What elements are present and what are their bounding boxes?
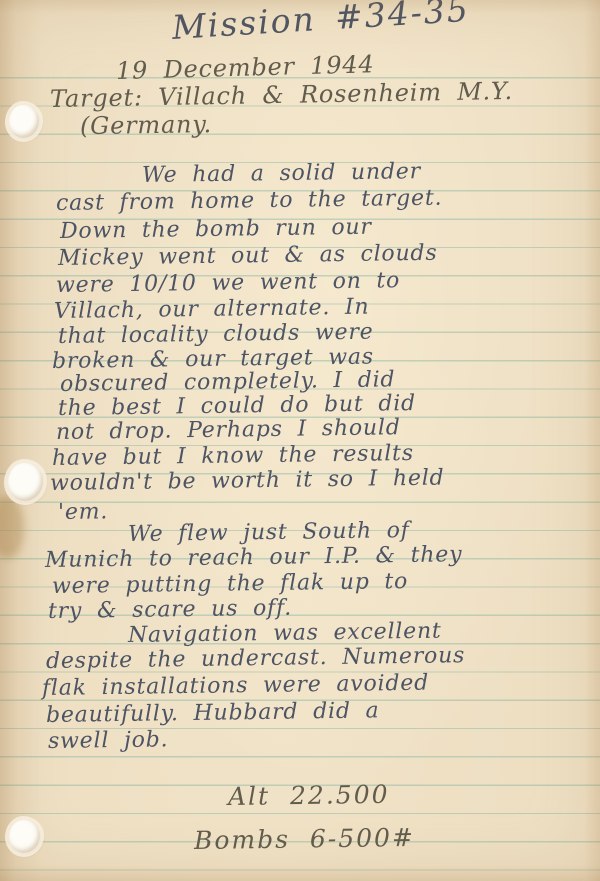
bombs-line: Bombs 6-500# bbox=[194, 823, 415, 855]
handwritten-line: 'em. bbox=[58, 499, 108, 525]
mission-title: Mission #34-35 bbox=[171, 0, 471, 47]
handwritten-line: not drop. Perhaps I should bbox=[56, 415, 401, 445]
handwritten-line: swell job. bbox=[48, 727, 169, 754]
handwritten-line: were 10/10 we went on to bbox=[56, 268, 400, 298]
handwritten-line: We had a solid under bbox=[142, 159, 421, 188]
handwritten-line: were putting the flak up to bbox=[52, 569, 408, 599]
handwritten-line: beautifully. Hubbard did a bbox=[46, 698, 380, 728]
altitude-line: Alt 22.500 bbox=[228, 780, 390, 811]
notebook-page: Mission #34-35 19 December 1944 Target: … bbox=[0, 0, 600, 881]
handwritten-line: try & scare us off. bbox=[48, 596, 292, 624]
handwritten-line: Mickey went out & as clouds bbox=[58, 241, 438, 271]
country-line: (Germany. bbox=[80, 110, 212, 140]
handwritten-line: Down the bomb run our bbox=[60, 215, 372, 244]
